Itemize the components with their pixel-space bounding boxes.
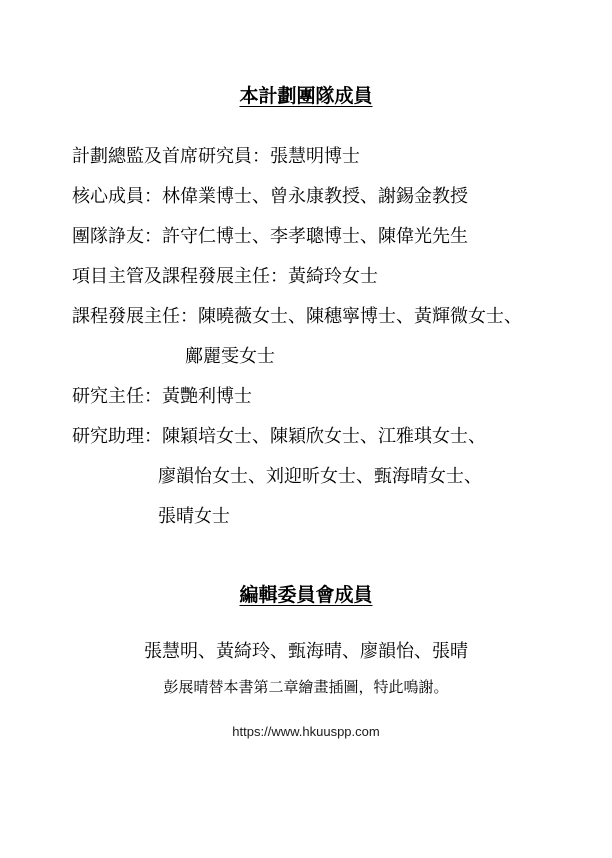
section-title-editorial-board: 編輯委員會成員 [0, 584, 612, 608]
team-line-research-assistants: 研究助理：陳穎培女士、陳穎欣女士、江雅琪女士、 [72, 416, 572, 456]
website-url: https://www.hkuuspp.com [0, 723, 612, 741]
team-line-curriculum-officers: 課程發展主任：陳曉薇女士、陳穗寧博士、黃輝微女士、 [72, 296, 572, 336]
team-line-research-assistants-cont: 廖韻怡女士、刘迎昕女士、甄海晴女士、 [72, 456, 572, 496]
team-line-research-officer: 研究主任：黃艷利博士 [72, 376, 572, 416]
team-line-director: 計劃總監及首席研究員：張慧明博士 [72, 136, 572, 176]
team-line-critical-friends: 團隊諍友：許守仁博士、李孝聰博士、陳偉光先生 [72, 216, 572, 256]
editorial-board-members: 張慧明、黃綺玲、甄海晴、廖韻怡、張晴 [0, 637, 612, 665]
team-line-project-manager: 項目主管及課程發展主任：黃綺玲女士 [72, 256, 572, 296]
project-team-list: 計劃總監及首席研究員：張慧明博士 核心成員：林偉業博士、曾永康教授、謝錫金教授 … [72, 136, 572, 536]
section-title-project-team: 本計劃團隊成員 [0, 85, 612, 109]
team-line-research-assistants-cont2: 張晴女士 [72, 496, 572, 536]
team-line-core-members: 核心成員：林偉業博士、曾永康教授、謝錫金教授 [72, 176, 572, 216]
illustration-credit-note: 彭展晴替本書第二章繪畫插圖，特此鳴謝。 [0, 677, 612, 699]
team-line-curriculum-officers-cont: 鄺麗雯女士 [72, 336, 572, 376]
document-page: 本計劃團隊成員 計劃總監及首席研究員：張慧明博士 核心成員：林偉業博士、曾永康教… [0, 0, 612, 858]
